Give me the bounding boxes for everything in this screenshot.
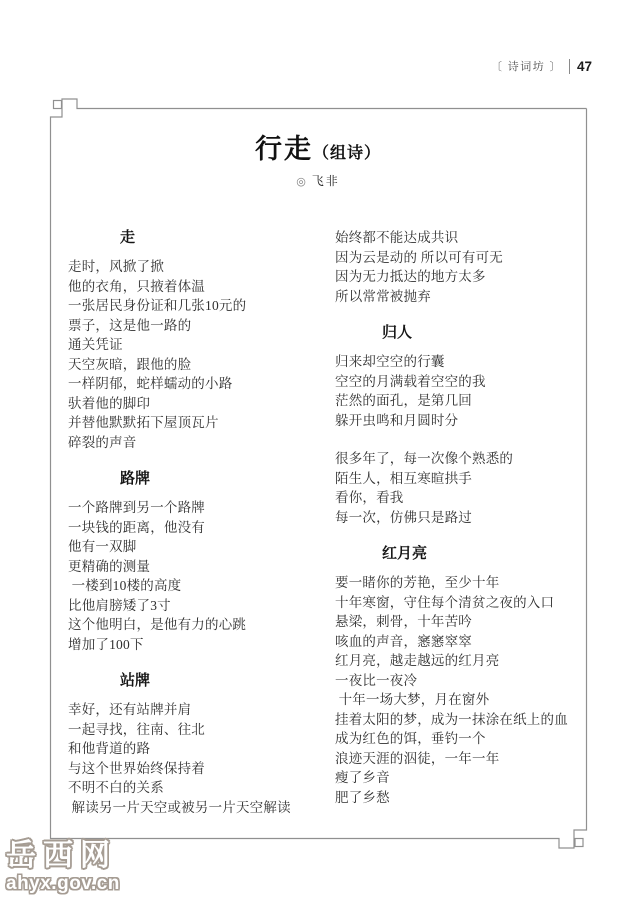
- poem-line: 这个他明白，是他有力的心跳: [68, 615, 324, 635]
- poem-line: 十年寒窗，守住每个清贫之夜的入口: [335, 593, 591, 613]
- page-number: 47: [577, 59, 592, 74]
- poem-line: 并替他默默拓下屋顶瓦片: [68, 413, 324, 433]
- poem-title: 走: [68, 228, 324, 248]
- poem-line: 通关凭证: [68, 335, 324, 355]
- poem-line: 一夜比一夜冷: [335, 671, 591, 691]
- poem-line: 归来却空空的行囊: [335, 352, 591, 372]
- poem-line: 茫然的面孔，是第几回: [335, 391, 591, 411]
- author-line: ◎飞非: [0, 172, 636, 189]
- poem-line: 比他肩膀矮了3寸: [68, 596, 324, 616]
- poem-line: 一块钱的距离，他没有: [68, 518, 324, 538]
- poem-column-right: 始终都不能达成共识因为云是动的 所以可有可无因为无力抵达的地方太多所以常常被抛弃…: [335, 228, 591, 807]
- poem-line: 天空灰暗，跟他的脸: [68, 355, 324, 375]
- poem-stanza: 一个路牌到另一个路牌一块钱的距离，他没有他有一双脚更精确的测量 一楼到10楼的高…: [68, 498, 324, 654]
- poem-line: 因为无力抵达的地方太多: [335, 267, 591, 287]
- poem-line: 不明不白的关系: [68, 778, 324, 798]
- poem-line: 与这个世界始终保持着: [68, 759, 324, 779]
- poem-line: 一样阴郁，蛇样蠕动的小路: [68, 374, 324, 394]
- poem-line: 红月亮，越走越远的红月亮: [335, 651, 591, 671]
- poem-title: 红月亮: [335, 544, 591, 564]
- header-divider: [569, 59, 570, 74]
- title-subtitle: （组诗）: [313, 145, 381, 162]
- author-name: 飞非: [312, 174, 340, 188]
- poem-line: 驮着他的脚印: [68, 394, 324, 414]
- poem-line: 幸好，还有站牌并肩: [68, 700, 324, 720]
- poem-line: 咳血的声音，窸窸窣窣: [335, 632, 591, 652]
- poem-title: 路牌: [68, 469, 324, 489]
- poem-group-title: 行走（组诗）: [0, 132, 636, 171]
- corner-ornament-bottom-right: [575, 839, 583, 847]
- poem-line: 成为红色的饵，垂钓一个: [335, 729, 591, 749]
- poem-stanza: 始终都不能达成共识因为云是动的 所以可有可无因为无力抵达的地方太多所以常常被抛弃: [335, 228, 591, 306]
- watermark-site-name: 岳西网: [6, 840, 120, 872]
- poem-title: 站牌: [68, 671, 324, 691]
- poem-line: 躲开虫鸣和月圆时分: [335, 411, 591, 431]
- poem-line: 解读另一片天空或被另一片天空解读: [68, 798, 324, 818]
- poem-line: 悬梁，刺骨，十年苦吟: [335, 612, 591, 632]
- poem-line: 一个路牌到另一个路牌: [68, 498, 324, 518]
- poem-line: 他有一双脚: [68, 537, 324, 557]
- poem-line: 很多年了，每一次像个熟悉的: [335, 449, 591, 469]
- poem-line: 更精确的测量: [68, 557, 324, 577]
- poem-line: 要一睹你的芳艳，至少十年: [335, 573, 591, 593]
- poem-line: 所以常常被抛弃: [335, 287, 591, 307]
- poem-line: 因为云是动的 所以可有可无: [335, 248, 591, 268]
- poem-stanza: 归来却空空的行囊空空的月满载着空空的我茫然的面孔，是第几回躲开虫鸣和月圆时分: [335, 352, 591, 430]
- poem-line: 碎裂的声音: [68, 433, 324, 453]
- section-label: 〔 诗词坊 〕: [491, 58, 562, 74]
- watermark-site-url: ahyx.gov.cn: [6, 874, 120, 894]
- poem-line: 每一次，仿佛只是路过: [335, 508, 591, 528]
- poem-line: 挂着太阳的梦，成为一抹涂在纸上的血: [335, 710, 591, 730]
- poem-line: 看你，看我: [335, 488, 591, 508]
- poem-stanza: 很多年了，每一次像个熟悉的陌生人，相互寒暄拱手看你，看我每一次，仿佛只是路过: [335, 449, 591, 527]
- magazine-page: 〔 诗词坊 〕 47 行走（组诗） ◎飞非 走走时，风掀了掀他的衣角，只掖着体温…: [0, 0, 636, 900]
- poem-line: 走时，风掀了掀: [68, 257, 324, 277]
- poem-line: 票子，这是他一路的: [68, 316, 324, 336]
- poem-stanza: 要一睹你的芳艳，至少十年十年寒窗，守住每个清贫之夜的入口悬梁，刺骨，十年苦吟咳血…: [335, 573, 591, 807]
- page-header: 〔 诗词坊 〕 47: [491, 58, 592, 74]
- corner-ornament-top-left: [54, 101, 62, 109]
- poem-line: 瘦了乡音: [335, 768, 591, 788]
- poem-line: 十年一场大梦，月在窗外: [335, 690, 591, 710]
- poem-line: 始终都不能达成共识: [335, 228, 591, 248]
- poem-stanza: 幸好，还有站牌并肩一起寻找，往南、往北和他背道的路与这个世界始终保持着不明不白的…: [68, 700, 324, 817]
- poem-title: 归人: [335, 323, 591, 343]
- site-watermark: 岳西网 ahyx.gov.cn: [6, 840, 120, 894]
- poem-line: 他的衣角，只掖着体温: [68, 277, 324, 297]
- author-marker-icon: ◎: [296, 176, 308, 188]
- poem-line: 浪迹天涯的泅徒，一年一年: [335, 749, 591, 769]
- title-main: 行走: [255, 134, 313, 164]
- poem-line: 陌生人，相互寒暄拱手: [335, 469, 591, 489]
- poem-line: 空空的月满载着空空的我: [335, 372, 591, 392]
- poem-line: 一张居民身份证和几张10元的: [68, 296, 324, 316]
- poem-line: 增加了100下: [68, 635, 324, 655]
- poem-line: 肥了乡愁: [335, 788, 591, 808]
- poem-line: 和他背道的路: [68, 739, 324, 759]
- poem-column-left: 走走时，风掀了掀他的衣角，只掖着体温一张居民身份证和几张10元的票子，这是他一路…: [68, 228, 324, 817]
- poem-stanza: 走时，风掀了掀他的衣角，只掖着体温一张居民身份证和几张10元的票子，这是他一路的…: [68, 257, 324, 452]
- poem-line: 一起寻找，往南、往北: [68, 720, 324, 740]
- poem-line: 一楼到10楼的高度: [68, 576, 324, 596]
